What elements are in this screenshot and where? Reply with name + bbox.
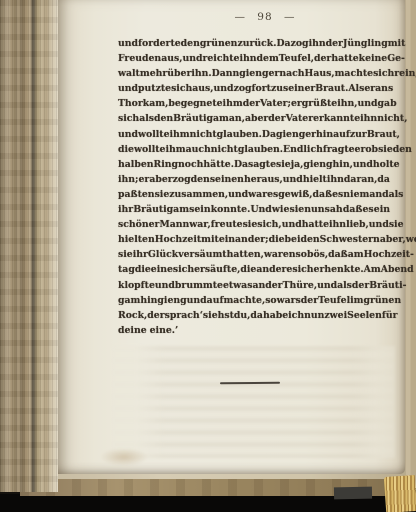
text-line: paßtensiezusammen,undwaresgewiß,daßesnie… xyxy=(118,187,390,202)
text-line: undputztesichaus,undzogfortzuseinerBraut… xyxy=(118,81,390,96)
text-line: tagdieeinesichersäufte,dieanderesicherhe… xyxy=(118,262,390,277)
text-line: waltmehrüberihn.DanngiengernachHaus,mach… xyxy=(118,66,390,81)
text-line: ihrBräutigamseinkonnte.Undwiesienunsahda… xyxy=(118,202,390,217)
book-gutter-page-edges xyxy=(0,0,58,492)
text-line: hieltenHochzeitmiteinander;diebeidenSchw… xyxy=(118,232,390,247)
text-line: gamhingiengundaufmachte,sowarsderTeufeli… xyxy=(118,293,390,308)
paper-stain xyxy=(100,448,148,466)
text-line: undfordertedengrünenzurück.DazogihnderJü… xyxy=(118,36,390,51)
book-page: — 98 — undfordertedengrünenzurück.Dazogi… xyxy=(55,0,405,474)
gilt-fore-edge-corner xyxy=(384,475,416,512)
text-line: diewollteihmauchnichtglauben.Endlichfrag… xyxy=(118,142,390,157)
text-line: Freudenaus,undreichteihndemTeufel,derhat… xyxy=(118,51,390,66)
text-line: Thorkam,begegneteihmderVater;ergrüßteihn… xyxy=(118,96,390,111)
text-line: klopfteundbrummteetwasanderThüre,undalsd… xyxy=(118,278,390,293)
text-line: deineeine.’ xyxy=(118,323,390,338)
text-line: undwollteihmnichtglauben.Dagiengerhinauf… xyxy=(118,127,390,142)
text-line: schönerMannwar,freutesiesich,undhatteihn… xyxy=(118,217,390,232)
text-line: ihn;eraberzogdenseinenheraus,undhieltihn… xyxy=(118,172,390,187)
text-line: Rock,dersprach‘siehstdu,dahabeichnunzwei… xyxy=(118,308,390,323)
reverse-side-show-through xyxy=(113,346,395,458)
text-line: halbenRingnochhätte.Dasagtesieja,gienghi… xyxy=(118,157,390,172)
cover-edge-notch xyxy=(334,487,372,500)
scanned-book-page: — 98 — undfordertedengrünenzurück.Dazogi… xyxy=(0,0,416,512)
text-line: sichalsdenBräutigaman,aberderVatererkann… xyxy=(118,111,390,126)
paragraph-text: undfordertedengrünenzurück.DazogihnderJü… xyxy=(118,36,390,338)
text-line: sieihrGlückversäumthatten,warensobös,daß… xyxy=(118,247,390,262)
page-number-header: — 98 — xyxy=(175,11,355,23)
